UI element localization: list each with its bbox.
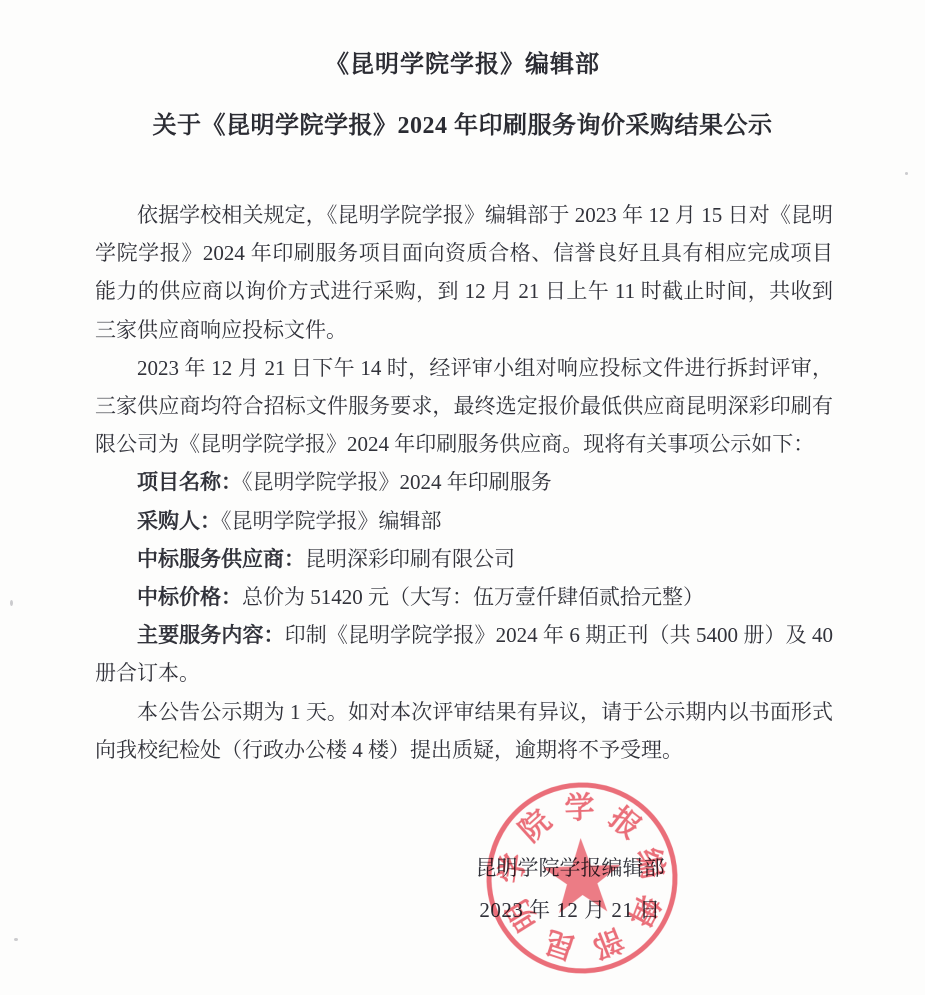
scan-speck — [905, 172, 908, 175]
signature-org: 昆明学院学报编辑部 — [420, 856, 720, 880]
field-purchaser-label: 采购人： — [137, 509, 221, 533]
svg-text:院: 院 — [513, 804, 557, 849]
paragraph-review: 2023 年 12 月 21 日下午 14 时，经评审小组对响应投标文件进行拆封… — [95, 349, 833, 464]
signature-block: 昆明学院学报编辑部 2023 年 12 月 21 日 — [420, 856, 720, 922]
field-service-content-label: 主要服务内容： — [137, 623, 285, 647]
field-purchaser: 采购人：《昆明学院学报》编辑部 — [95, 502, 833, 540]
scan-speck — [10, 600, 13, 606]
field-project-name-value: 《昆明学院学报》2024 年印刷服务 — [242, 470, 552, 494]
field-purchaser-value: 《昆明学院学报》编辑部 — [221, 509, 442, 533]
document-body: 依据学校相关规定，《昆明学院学报》编辑部于 2023 年 12 月 15 日对《… — [95, 196, 833, 769]
doc-title-line1: 《昆明学院学报》编辑部 — [0, 0, 925, 79]
field-service-content: 主要服务内容：印制《昆明学院学报》2024 年 6 期正刊（共 5400 册）及… — [95, 616, 833, 692]
svg-text:学: 学 — [564, 792, 595, 826]
field-winning-supplier: 中标服务供应商：昆明深彩印刷有限公司 — [95, 540, 833, 578]
field-winning-supplier-label: 中标服务供应商： — [137, 547, 305, 571]
document-page: 《昆明学院学报》编辑部 关于《昆明学院学报》2024 年印刷服务询价采购结果公示… — [0, 0, 925, 995]
svg-text:报: 报 — [603, 801, 647, 845]
field-winning-price: 中标价格：总价为 51420 元（大写：伍万壹仟肆佰贰拾元整） — [95, 578, 833, 616]
field-project-name: 项目名称：《昆明学院学报》2024 年印刷服务 — [95, 463, 833, 501]
doc-title-line2: 关于《昆明学院学报》2024 年印刷服务询价采购结果公示 — [0, 105, 925, 140]
scan-speck — [14, 938, 18, 941]
svg-text:部: 部 — [588, 922, 628, 964]
field-winning-price-value: 总价为 51420 元（大写：伍万壹仟肆佰贰拾元整） — [242, 585, 704, 609]
paragraph-intro: 依据学校相关规定，《昆明学院学报》编辑部于 2023 年 12 月 15 日对《… — [95, 196, 833, 349]
svg-text:昆: 昆 — [541, 924, 580, 965]
signature-date: 2023 年 12 月 21 日 — [420, 898, 720, 922]
field-winning-price-label: 中标价格： — [137, 585, 242, 609]
field-project-name-label: 项目名称： — [137, 470, 242, 494]
field-winning-supplier-value: 昆明深彩印刷有限公司 — [305, 547, 515, 571]
paragraph-closing: 本公告公示期为 1 天。如对本次评审结果有异议，请于公示期内以书面形式向我校纪检… — [95, 693, 833, 769]
